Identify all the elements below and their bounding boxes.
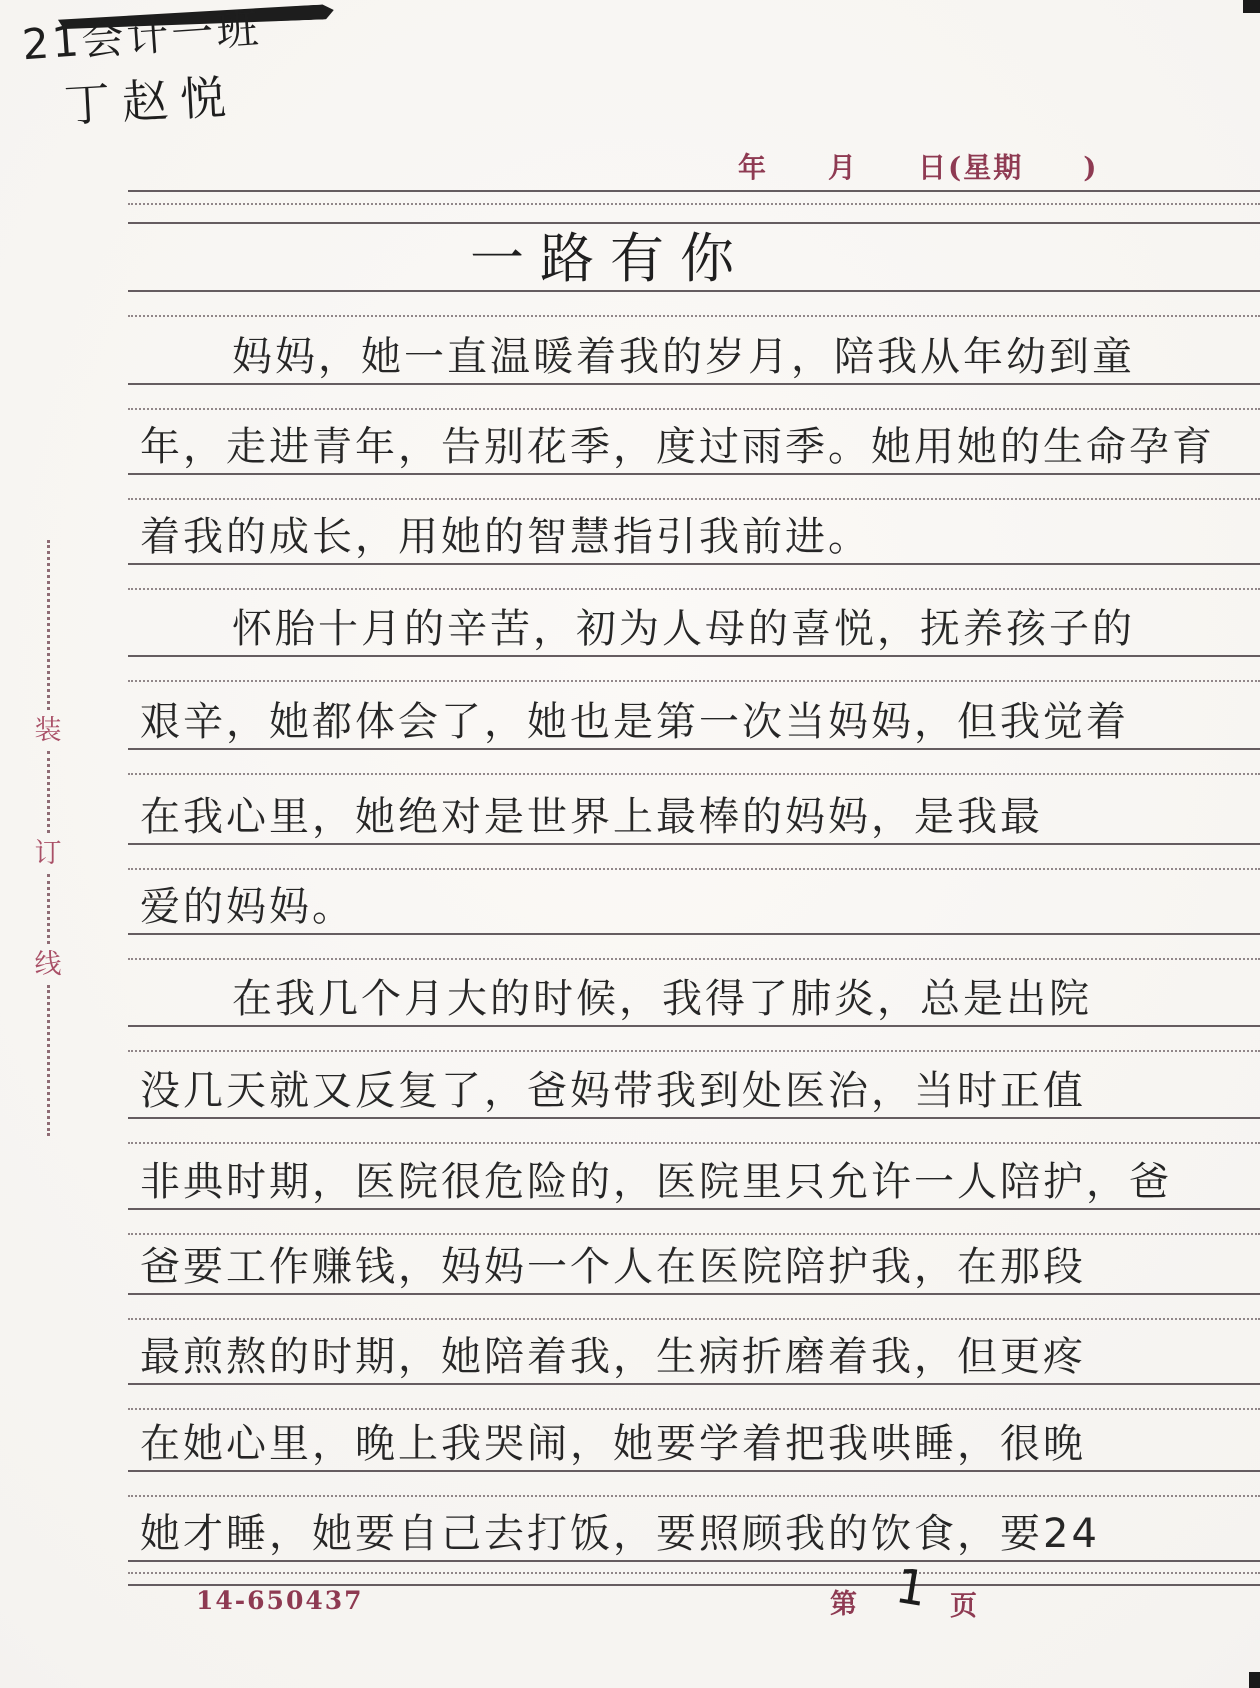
essay-line: 爸要工作赚钱，妈妈一个人在医院陪护我，在那段 [140,1247,1086,1287]
rule-dotted-line [128,1495,1260,1497]
rule-line [128,290,1260,292]
rule-line [128,1025,1260,1027]
essay-title: 一路有你 [470,232,750,286]
rule-dotted-line [128,203,1260,205]
rule-dotted-line [128,1572,1260,1574]
rule-dotted-line [128,680,1260,682]
page-label-suffix: 页 [950,1584,977,1623]
rule-dotted-line [128,958,1260,960]
essay-line: 非典时期，医院很危险的，医院里只允许一人陪护，爸 [140,1162,1172,1202]
binding-dotted-segment [47,985,50,1136]
scan-edge-mark [1243,0,1260,13]
paper-code: 14-650437 [196,1586,364,1615]
essay-line: 年，走进青年，告别花季，度过雨季。她用她的生命孕育 [140,427,1215,467]
rule-dotted-line [128,498,1260,500]
essay-line: 没几天就又反复了，爸妈带我到处医治，当时正值 [140,1071,1086,1111]
binding-dotted-segment [47,874,50,944]
essay-line: 艰辛，她都体会了，她也是第一次当妈妈，但我觉着 [140,702,1129,742]
binding-char: 线 [35,944,62,985]
binding-dotted-segment [47,751,50,833]
binding-char: 订 [35,833,62,874]
rule-line [128,1293,1260,1295]
rule-line [128,383,1260,385]
essay-line: 在我心里，她绝对是世界上最棒的妈妈，是我最 [140,797,1043,837]
rule-dotted-line [128,1318,1260,1320]
rule-dotted-line [128,315,1260,317]
rule-line [128,1470,1260,1472]
rule-line [128,222,1260,224]
essay-line: 妈妈，她一直温暖着我的岁月，陪我从年幼到童 [232,337,1135,377]
rule-dotted-line [128,408,1260,410]
essay-line: 最煎熬的时期，她陪着我，生病折磨着我，但更疼 [140,1337,1086,1377]
rule-dotted-line [128,773,1260,775]
essay-line: 爱的妈妈。 [140,887,355,927]
essay-line: 怀胎十月的辛苦，初为人母的喜悦，抚养孩子的 [232,609,1135,649]
page-label-prefix: 第 [830,1582,857,1621]
rule-dotted-line [128,1050,1260,1052]
binding-char: 装 [35,710,62,751]
rule-dotted-line [128,1233,1260,1235]
page-number-handwritten: 1 [892,1562,930,1614]
rule-line [128,1560,1260,1562]
rule-dotted-line [128,1408,1260,1410]
binding-dotted-segment [47,540,50,710]
date-header: 年 月 日(星期 ) [738,146,1099,186]
rule-dotted-line [128,1142,1260,1144]
essay-line: 着我的成长，用她的智慧指引我前进。 [140,517,871,557]
essay-line: 在我几个月大的时候，我得了肺炎，总是出院 [232,979,1092,1019]
rule-line [128,1208,1260,1210]
student-name: 丁赵悦 [63,73,239,128]
rule-line [128,473,1260,475]
essay-line: 在她心里，晚上我哭闹，她要学着把我哄睡，很晚 [140,1424,1086,1464]
rule-line [128,748,1260,750]
scan-edge-mark [1249,1672,1260,1688]
rule-line [128,933,1260,935]
rule-line [128,563,1260,565]
essay-line: 她才睡，她要自己去打饭，要照顾我的饮食，要24 [140,1514,1100,1554]
binding-line: 装 订 线 [34,540,62,1136]
rule-line [128,1383,1260,1385]
notebook-page: 21会计一班 丁赵悦 年 月 日(星期 ) 装 订 线 一路有你 [0,0,1260,1688]
rule-line [128,843,1260,845]
rule-line [128,655,1260,657]
class-label: 21会计一班 [21,8,263,67]
rule-dotted-line [128,588,1260,590]
rule-line [128,1117,1260,1119]
rule-line [128,190,1260,192]
rule-dotted-line [128,868,1260,870]
